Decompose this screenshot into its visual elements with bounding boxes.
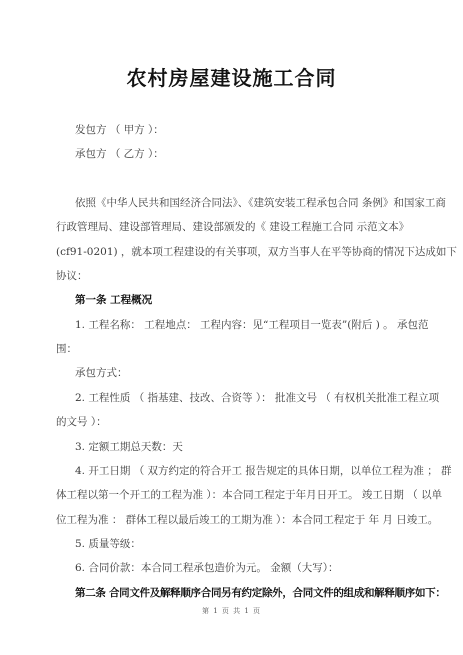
article-1-line-7: 4. 开工日期 （ 双方约定的符合开工 报告规定的具体日期，以单位工程为准 ； …	[75, 464, 408, 478]
preamble-line-3: (cf91-0201) ，就本项工程建设的有关事项，双方当事人在平等协商的情况下…	[56, 245, 408, 259]
article-1-line-8: 体工程以第一个开工的工程为准 ）：本合同工程定于年月日开工。 竣工日期 （ 以单	[56, 488, 408, 502]
preamble-line-2: 行政管理局、建设部管理局、建设部颁发的《 建设工程施工合同 示范文本》	[56, 220, 408, 234]
article-1-line-11: 6. 合同价款：本合同工程承包造价为元。 金额（大写）：	[75, 561, 338, 575]
article-1-line-3: 承包方式：	[75, 366, 128, 380]
article-1-line-6: 3. 定额工期总天数：天	[75, 440, 183, 454]
article-1-line-9: 位工程为准 ： 群体工程以最后竣工的工期为准 ）：本合同工程定于 年 月 日竣工…	[56, 513, 408, 527]
page-number-footer: 第 1 页 共 1 页	[0, 606, 463, 616]
article-1-line-1: 1. 工程名称： 工程地点： 工程内容：见“工程项目一览表”(附后 ) 。 承包…	[75, 318, 408, 332]
contractor-party-line: 承包方 （ 乙方 ）：	[75, 147, 164, 161]
article-2-heading: 第二条 合同文件及解释顺序合同另有约定除外，合同文件的组成和解释顺序如下：	[75, 586, 446, 600]
document-title: 农村房屋建设施工合同	[0, 62, 463, 91]
article-1-line-4: 2. 工程性质 （ 指基建、技改、合资等 ）： 批准文号 （ 有权机关批准工程立…	[75, 391, 408, 405]
preamble-line-4: 协议：	[56, 269, 88, 283]
article-1-line-2: 围：	[56, 342, 77, 356]
article-1-line-5: 的文号 ）：	[56, 415, 107, 429]
article-1-heading: 第一条 工程概况	[75, 293, 152, 307]
article-1-line-10: 5. 质量等级：	[75, 537, 141, 551]
preamble-line-1: 依照《中华人民共和国经济合同法》、《建筑安装工程承包合同 条例》和国家工商	[75, 196, 408, 210]
employer-party-line: 发包方 （ 甲方 ）：	[75, 123, 164, 137]
